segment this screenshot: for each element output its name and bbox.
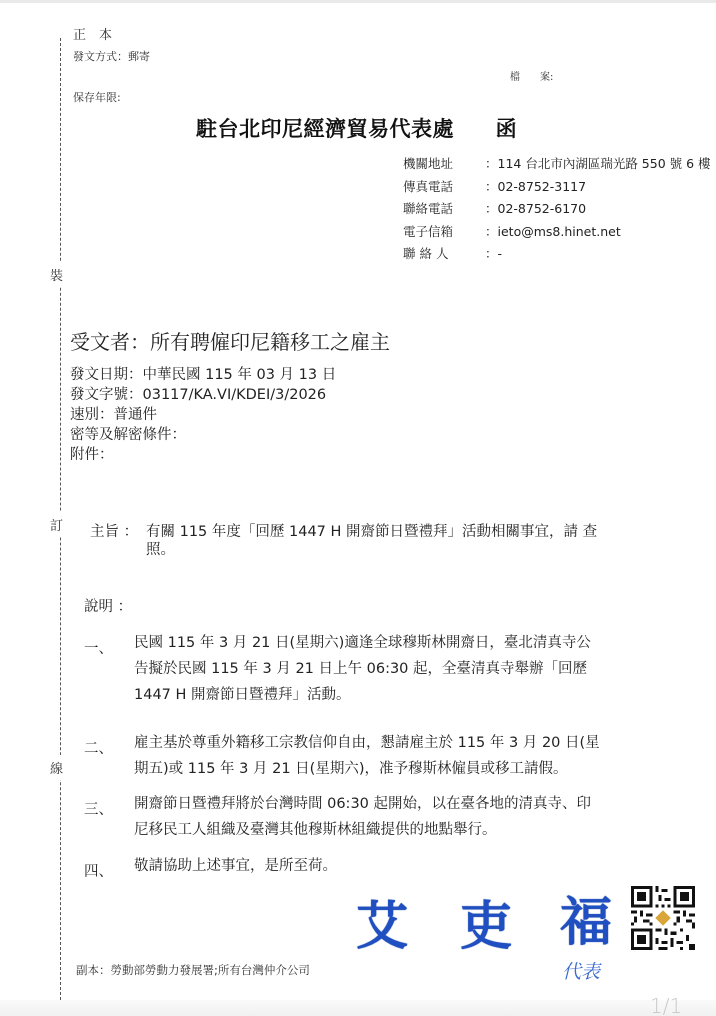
- file-label: 檔 案:: [510, 68, 553, 83]
- doc-type: 函: [496, 117, 518, 141]
- subject-label: 主旨 ：: [90, 520, 138, 541]
- signature-char-2: 吏: [460, 884, 512, 959]
- contact-fax: 傳真電話：02-8752-3117: [403, 176, 711, 199]
- contact-email: 電子信箱：ieto@ms8.hinet.net: [403, 221, 711, 244]
- contact-person: 聯 絡 人：-: [403, 243, 711, 266]
- item-1-text: 民國 115 年 3 月 21 日(星期六)適逢全球穆斯林開齋日，臺北清真寺公 …: [134, 630, 674, 708]
- attachments: 附件：: [70, 445, 336, 465]
- item-2-text: 雇主基於尊重外籍移工宗教信仰自由，懇請雇主於 115 年 3 月 20 日(星 …: [134, 730, 674, 782]
- footer-band: [0, 1000, 716, 1016]
- recipient: 受文者：所有聘僱印尼籍移工之雇主: [70, 326, 390, 355]
- item-2-number: 二、: [84, 737, 113, 758]
- qr-code-icon[interactable]: [631, 886, 695, 950]
- cc-recipients: 副本：勞動部勞動力發展署;所有台灣仲介公司: [76, 962, 310, 978]
- contact-block: 機關地址：114 台北市內湖區瑞光路 550 號 6 樓 傳真電話：02-875…: [403, 153, 711, 266]
- explanation-label: 說明 ：: [84, 594, 132, 620]
- agency-name: 駐台北印尼經濟貿易代表處: [196, 117, 454, 141]
- item-4-text: 敬請協助上述事宜，是所至荷。: [134, 853, 674, 879]
- top-band: [0, 0, 716, 3]
- binding-mark-zhuang: 裝: [50, 262, 63, 287]
- binding-mark-xian: 線: [50, 755, 63, 780]
- copy-type: 正 本: [73, 24, 112, 43]
- item-1-number: 一、: [84, 637, 113, 658]
- binding-mark-ding: 訂: [50, 512, 63, 537]
- contact-address: 機關地址：114 台北市內湖區瑞光路 550 號 6 樓: [403, 153, 711, 176]
- item-3-text: 開齋節日暨禮拜將於台灣時間 06:30 起開始，以在臺各地的清真寺、印 尼移民工…: [134, 791, 674, 843]
- meta-block: 發文日期：中華民國 115 年 03 月 13 日 發文字號：03117/KA.…: [70, 365, 336, 465]
- retention-label: 保存年限:: [73, 89, 121, 105]
- delivery-method: 發文方式：郵寄: [73, 48, 150, 64]
- contact-phone: 聯絡電話：02-8752-6170: [403, 198, 711, 221]
- signature-char-1: 艾: [356, 884, 408, 959]
- signature-title: 代表: [562, 957, 600, 984]
- item-4-number: 四、: [84, 860, 113, 881]
- page-indicator: 1/1: [650, 994, 682, 1016]
- speed-class: 速別：普通件: [70, 405, 336, 425]
- subject-line-2: 照。: [146, 538, 175, 559]
- doc-number: 發文字號：03117/KA.VI/KDEI/3/2026: [70, 385, 336, 405]
- classification: 密等及解密條件：: [70, 425, 336, 445]
- issue-date: 發文日期：中華民國 115 年 03 月 13 日: [70, 365, 336, 385]
- subject-line-1: 有關 115 年度「回歷 1447 H 開齋節日暨禮拜」活動相關事宜，請 查: [146, 520, 597, 541]
- signature-char-3: 福: [560, 880, 612, 955]
- page-title: 駐台北印尼經濟貿易代表處 函: [196, 113, 517, 143]
- item-3-number: 三、: [84, 798, 113, 819]
